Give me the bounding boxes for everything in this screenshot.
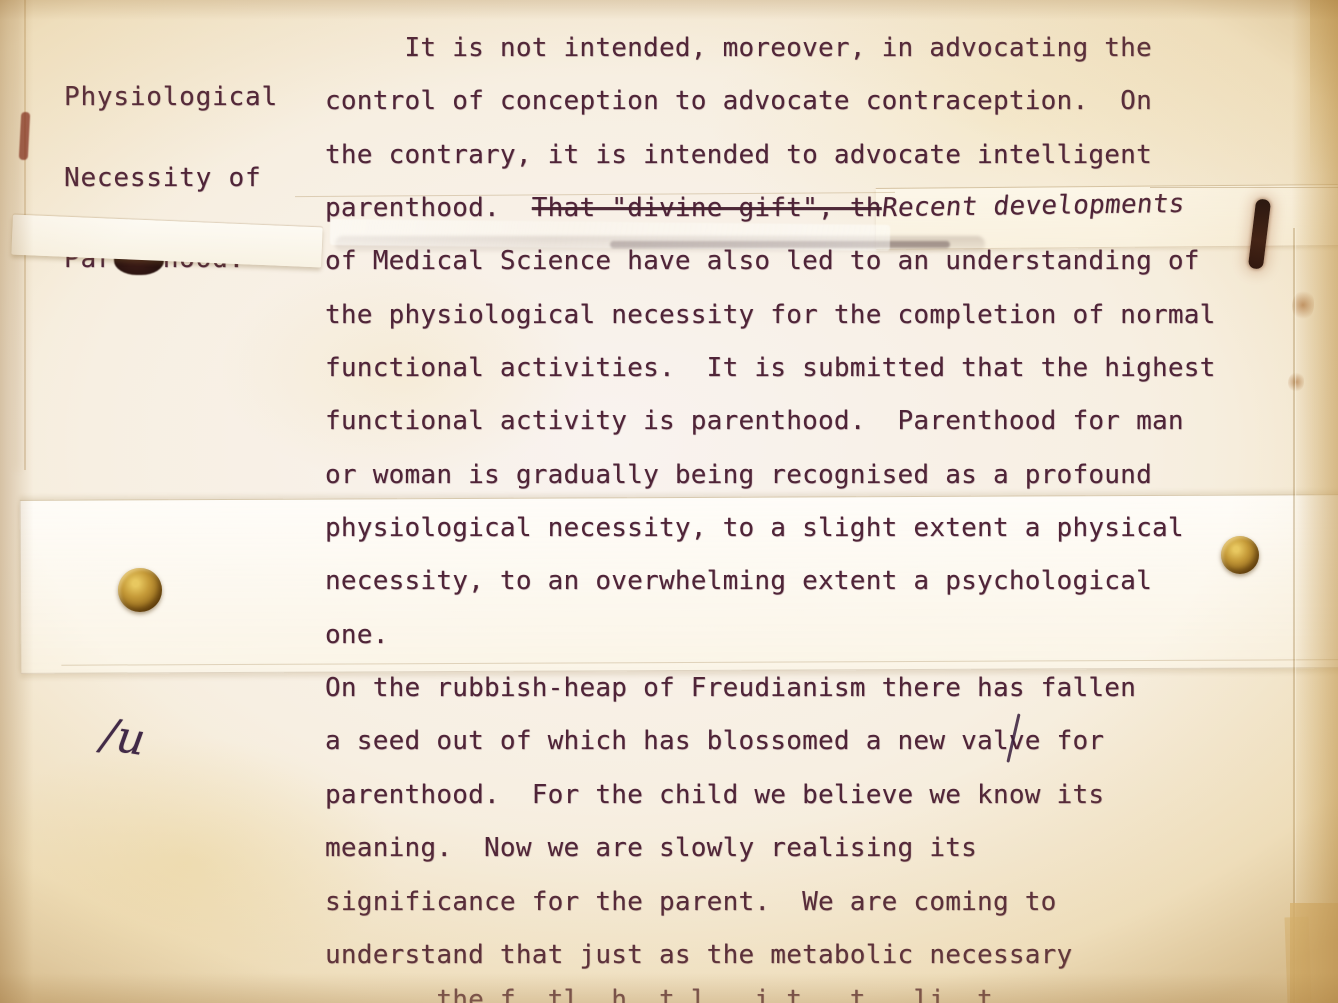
typed-text: one. bbox=[325, 620, 389, 650]
typed-text: control of conception to advocate contra… bbox=[325, 86, 1152, 116]
typed-text: necessity, to an overwhelming extent a p… bbox=[325, 566, 1152, 596]
typed-line: of Medical Science have also led to an u… bbox=[325, 235, 1216, 288]
typed-text: e for bbox=[1025, 726, 1105, 756]
typed-text: meaning. Now we are slowly realising its bbox=[325, 833, 977, 863]
typed-line: the physiological necessity for the comp… bbox=[325, 289, 1216, 342]
typed-text: parenthood. For the child we believe we … bbox=[325, 780, 1104, 810]
typed-text: physiological necessity, to a slight ext… bbox=[325, 513, 1184, 543]
typed-line: one. bbox=[325, 609, 1216, 662]
slashed-character: v bbox=[1009, 726, 1025, 756]
typed-text: or woman is gradually being recognised a… bbox=[325, 460, 1152, 490]
typed-text: significance for the parent. We are comi… bbox=[325, 887, 1057, 917]
handwritten-margin-mark: /u bbox=[98, 709, 149, 766]
cutoff-typed-line: the f tl h t l i t t li t bbox=[325, 987, 993, 1003]
typed-text: It is not intended, moreover, in advocat… bbox=[405, 33, 1152, 63]
typed-line: the contrary, it is intended to advocate… bbox=[325, 129, 1216, 182]
typed-line: functional activity is parenthood. Paren… bbox=[325, 395, 1216, 448]
typed-text: functional activities. It is submitted t… bbox=[325, 353, 1216, 383]
body-text: It is not intended, moreover, in advocat… bbox=[325, 22, 1216, 982]
paper-crease bbox=[1293, 228, 1295, 1003]
typed-line: significance for the parent. We are comi… bbox=[325, 876, 1216, 929]
document-page: Physiological Necessity of Parenthood. I… bbox=[0, 0, 1338, 1003]
typed-line: necessity, to an overwhelming extent a p… bbox=[325, 555, 1216, 608]
typed-text: the contrary, it is intended to advocate… bbox=[325, 140, 1152, 170]
typed-text: functional activity is parenthood. Paren… bbox=[325, 406, 1184, 436]
typed-line: On the rubbish-heap of Freudianism there… bbox=[325, 662, 1216, 715]
pasted-slip-text: Recent developments bbox=[882, 182, 1184, 235]
typed-line: control of conception to advocate contra… bbox=[325, 75, 1216, 128]
typed-line: a seed out of which has blossomed a new … bbox=[325, 715, 1216, 768]
margin-heading-line: Necessity of bbox=[64, 165, 278, 192]
underlying-page-corner bbox=[1310, 0, 1338, 175]
rust-stain bbox=[1288, 372, 1304, 392]
struck-through-text: That "divine gift", th bbox=[532, 193, 882, 223]
brass-fastener-icon bbox=[1221, 536, 1259, 574]
typed-line: physiological necessity, to a slight ext… bbox=[325, 502, 1216, 555]
typed-line: meaning. Now we are slowly realising its bbox=[325, 822, 1216, 875]
typed-line: understand that just as the metabolic ne… bbox=[325, 929, 1216, 982]
underlying-page-corner bbox=[1285, 917, 1312, 1003]
typed-line: or woman is gradually being recognised a… bbox=[325, 449, 1216, 502]
typed-text: parenthood. bbox=[325, 193, 532, 223]
margin-heading-line: Physiological bbox=[64, 84, 278, 111]
margin-heading: Physiological Necessity of Parenthood. bbox=[64, 30, 278, 327]
typed-text: understand that just as the metabolic ne… bbox=[325, 940, 1072, 970]
typed-text: the physiological necessity for the comp… bbox=[325, 300, 1216, 330]
typed-line: It is not intended, moreover, in advocat… bbox=[325, 22, 1216, 75]
typed-text: On the rubbish-heap of Freudianism there… bbox=[325, 673, 1136, 703]
brass-fastener-icon bbox=[118, 568, 162, 612]
typed-line: parenthood. That "divine gift", thRecent… bbox=[325, 182, 1216, 235]
typed-text: a seed out of which has blossomed a new … bbox=[325, 726, 1009, 756]
typed-line: parenthood. For the child we believe we … bbox=[325, 769, 1216, 822]
rust-stain bbox=[1292, 290, 1314, 320]
typed-line: functional activities. It is submitted t… bbox=[325, 342, 1216, 395]
red-ink-stain bbox=[19, 112, 30, 160]
typed-text: of Medical Science have also led to an u… bbox=[325, 246, 1200, 276]
